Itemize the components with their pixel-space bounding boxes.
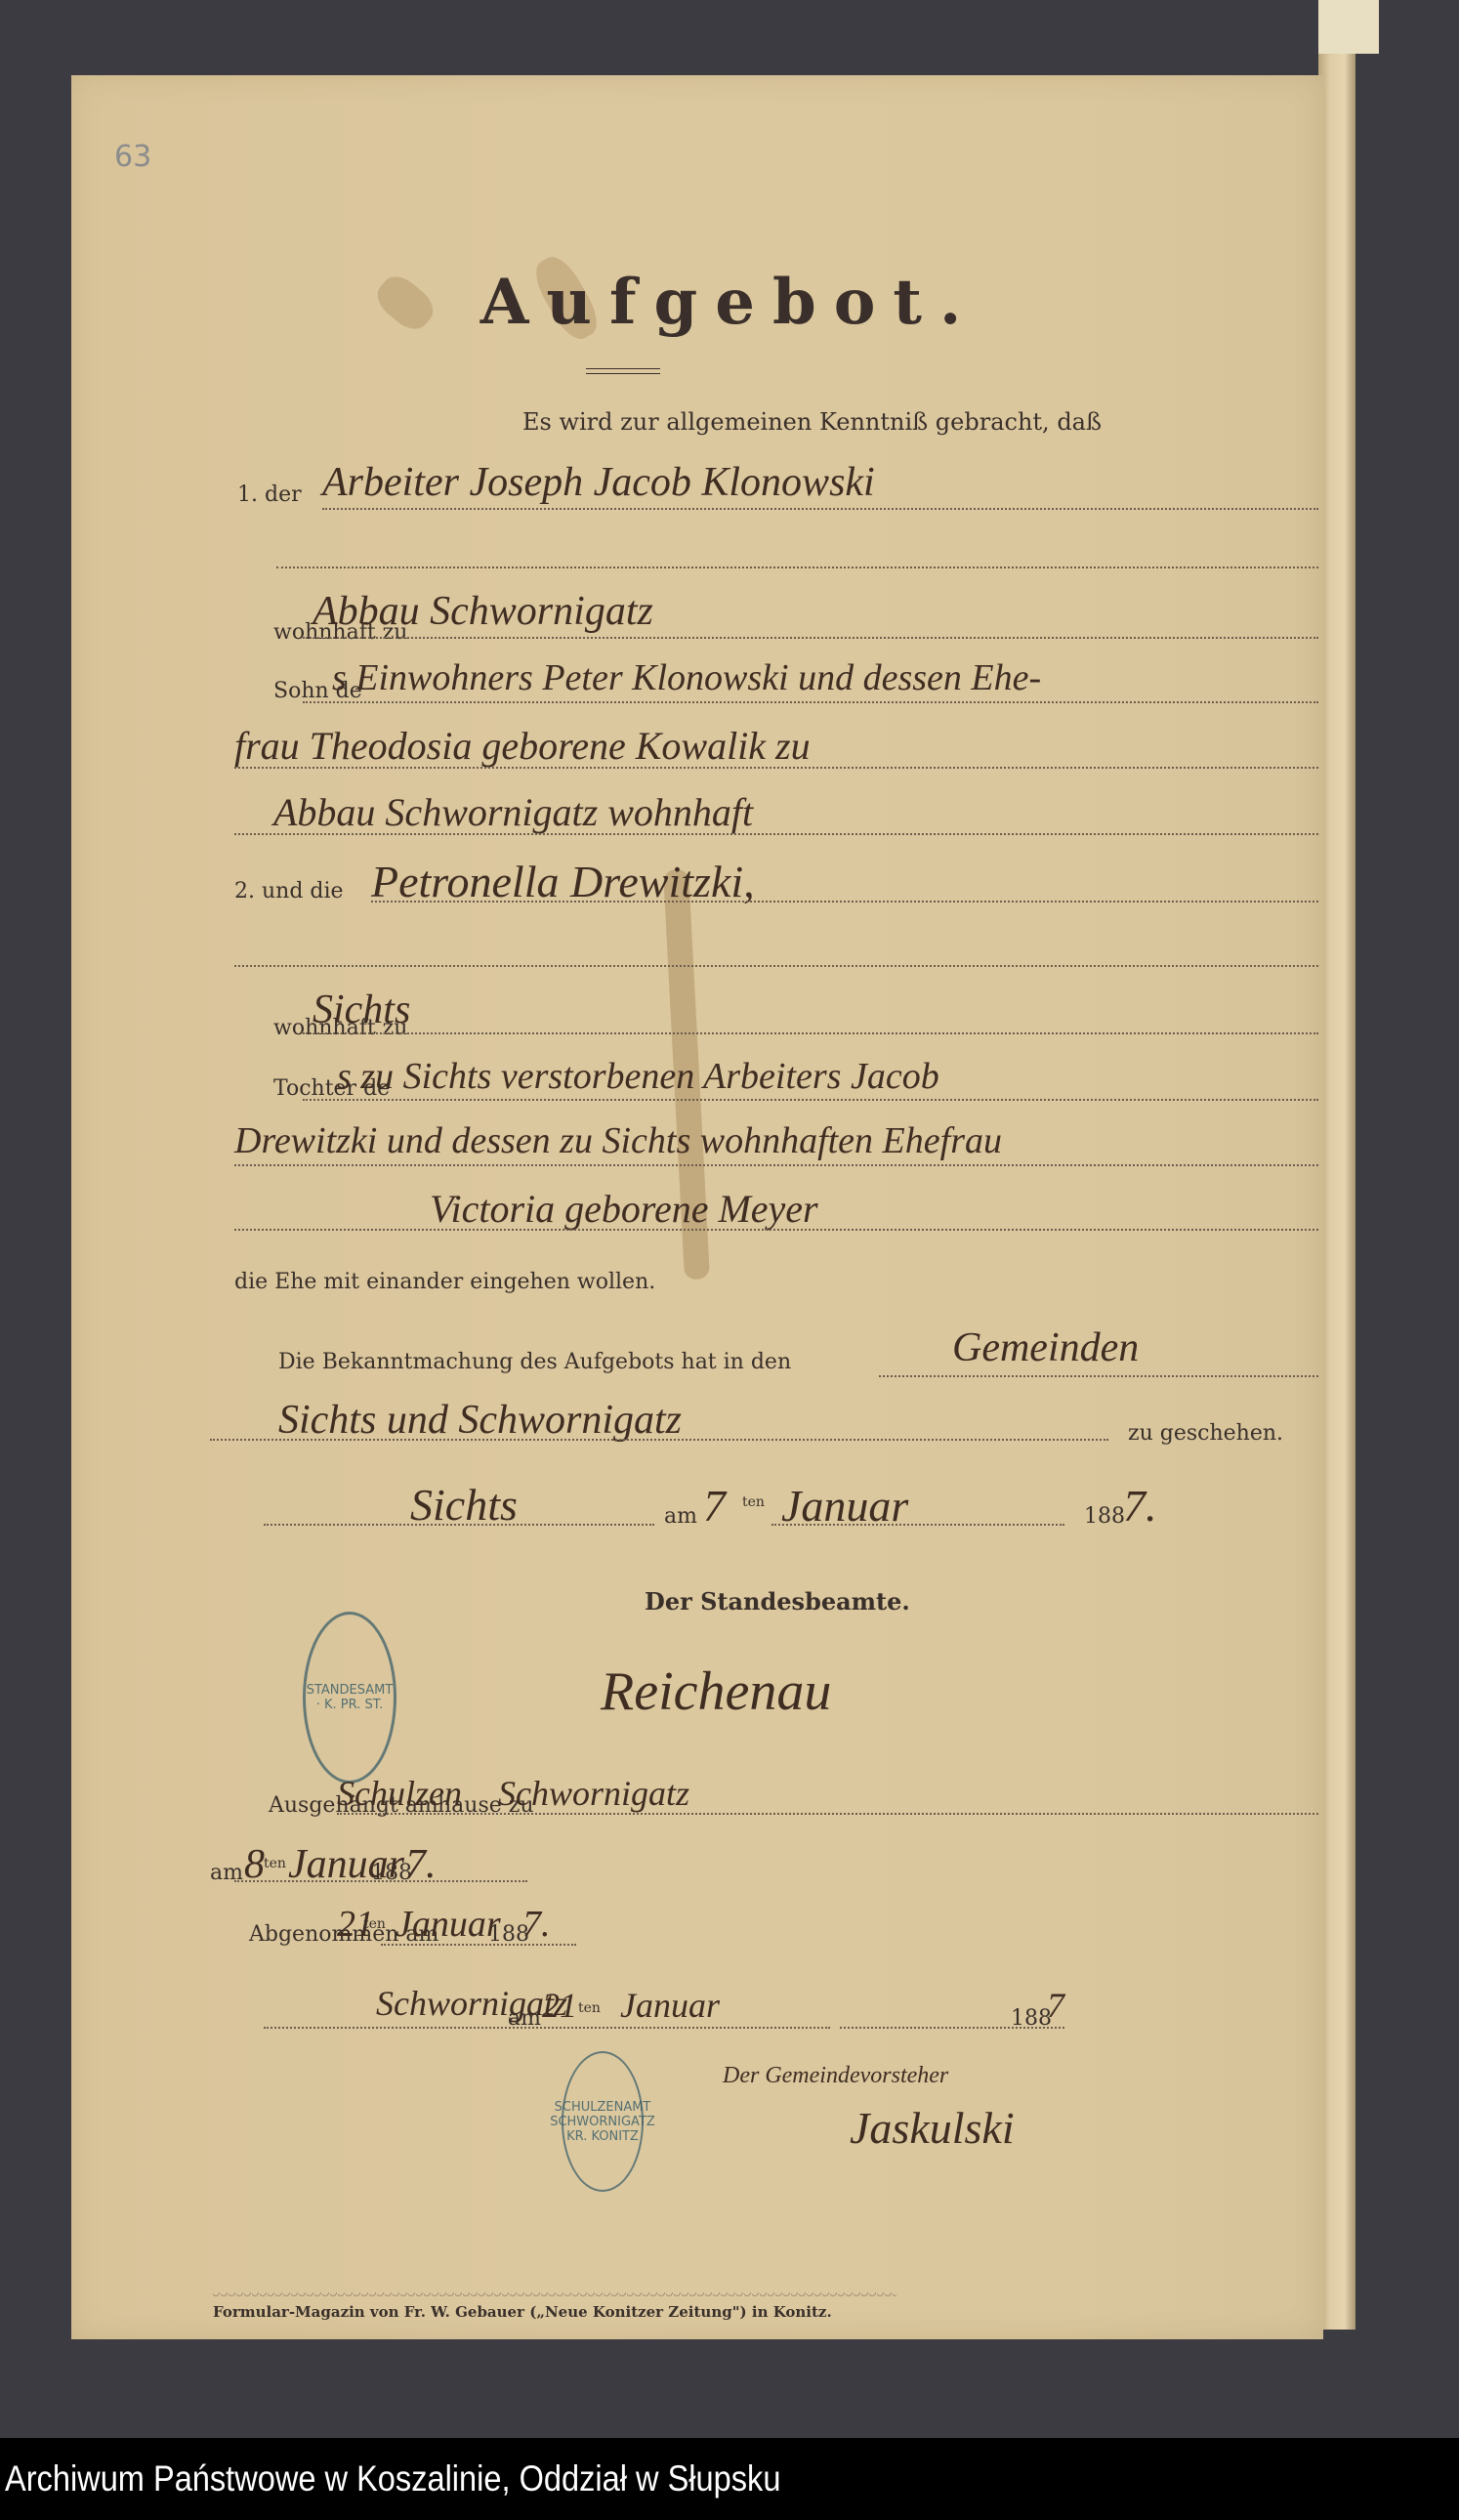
dotted-line [264, 1524, 654, 1526]
dotted-line [303, 701, 1318, 703]
dotted-line [337, 1813, 1318, 1815]
closing-role: Der Gemeindevorsteher [723, 2063, 948, 2089]
publication-gemeinden: Gemeinden [952, 1324, 1139, 1371]
page-number: 63 [114, 140, 151, 174]
removed-ten: ten [363, 1916, 386, 1932]
dotted-line [371, 901, 1318, 903]
document-title: Aufgebot. [0, 266, 1459, 339]
stamp-text: SCHULZENAMT SCHWORNIGATZ KR. KONITZ [550, 2100, 655, 2144]
marriage-clause: die Ehe mit einander eingehen wollen. [234, 1270, 655, 1294]
closing-signature: Jaskulski [850, 2102, 1015, 2154]
party1-parents-line2: frau Theodosia geborene Kowalik zu [234, 723, 811, 769]
closing-month: Januar [620, 1985, 720, 2026]
paper-tab [1318, 0, 1379, 54]
publication-suffix: zu geschehen. [1128, 1421, 1283, 1446]
publication-label: Die Bekanntmachung des Aufgebots hat in … [278, 1350, 791, 1374]
publication-ten: ten [742, 1494, 765, 1510]
closing-year-prefix: 188 [1011, 2006, 1052, 2031]
party1-residence: Abbau Schwornigatz [313, 588, 653, 635]
publication-year-suffix: 7. [1123, 1480, 1157, 1532]
removed-month: Januar [396, 1903, 501, 1946]
title-underline [586, 368, 660, 374]
party1-name: Arbeiter Joseph Jacob Klonowski [322, 459, 875, 506]
closing-year-suffix: 7 [1047, 1985, 1064, 2026]
dotted-line [771, 1524, 1064, 1526]
dotted-line [322, 508, 1318, 510]
archive-caption: Archiwum Państwowe w Koszalinie, Oddział… [5, 2458, 780, 2499]
posted-year-suffix: 7. [405, 1841, 437, 1888]
intro-text: Es wird zur allgemeinen Kenntniß gebrach… [522, 408, 1102, 436]
dotted-line [234, 965, 1318, 967]
removed-year-suffix: 7. [522, 1903, 551, 1946]
party2-label: 2. und die [234, 879, 344, 903]
closing-ten: ten [578, 2000, 601, 2016]
party2-parents-line3: Victoria geborene Meyer [430, 1186, 818, 1232]
closing-am: am [508, 2006, 541, 2031]
dotted-line [879, 1375, 1318, 1377]
dotted-line [303, 1099, 1318, 1101]
paper-fold-edge [1318, 54, 1355, 2330]
dotted-line [264, 2027, 830, 2029]
party2-residence: Sichts [313, 987, 410, 1033]
wavy-rule [213, 2292, 896, 2298]
posted-ten: ten [264, 1856, 286, 1871]
official-title: Der Standesbeamte. [645, 1587, 910, 1616]
printer-line: Formular-Magazin von Fr. W. Gebauer („Ne… [213, 2303, 832, 2321]
dotted-line [234, 1229, 1318, 1231]
party1-label: 1. der [237, 483, 302, 507]
dotted-line [234, 1164, 1318, 1166]
dotted-line [234, 833, 1318, 835]
party2-parents-line2: Drewitzki und dessen zu Sichts wohnhafte… [234, 1119, 1002, 1162]
dotted-line [234, 767, 1318, 769]
posted-town: Schwornigatz [498, 1773, 689, 1814]
publication-places: Sichts und Schwornigatz [278, 1397, 682, 1444]
party1-parents-line1: s Einwohners Peter Klonowski und dessen … [332, 656, 1041, 699]
dotted-line [210, 1439, 1108, 1441]
party2-parents-line1: s zu Sichts verstorbenen Arbeiters Jacob [337, 1055, 939, 1098]
stamp-text: STANDESAMT · K. PR. ST. [306, 1683, 394, 1712]
publication-am: am [664, 1504, 697, 1529]
standesamt-stamp: STANDESAMT · K. PR. ST. [303, 1612, 396, 1784]
dotted-line [303, 637, 1318, 639]
closing-day: 21 [542, 1985, 577, 2026]
dotted-line [276, 567, 1318, 568]
publication-day: 7 [703, 1480, 726, 1532]
party1-parents-line3: Abbau Schwornigatz wohnhaft [273, 789, 753, 835]
official-signature: Reichenau [601, 1660, 831, 1723]
publication-year-prefix: 188 [1084, 1504, 1125, 1529]
schulzenamt-stamp: SCHULZENAMT SCHWORNIGATZ KR. KONITZ [562, 2051, 644, 2192]
dotted-line [303, 1032, 1318, 1034]
